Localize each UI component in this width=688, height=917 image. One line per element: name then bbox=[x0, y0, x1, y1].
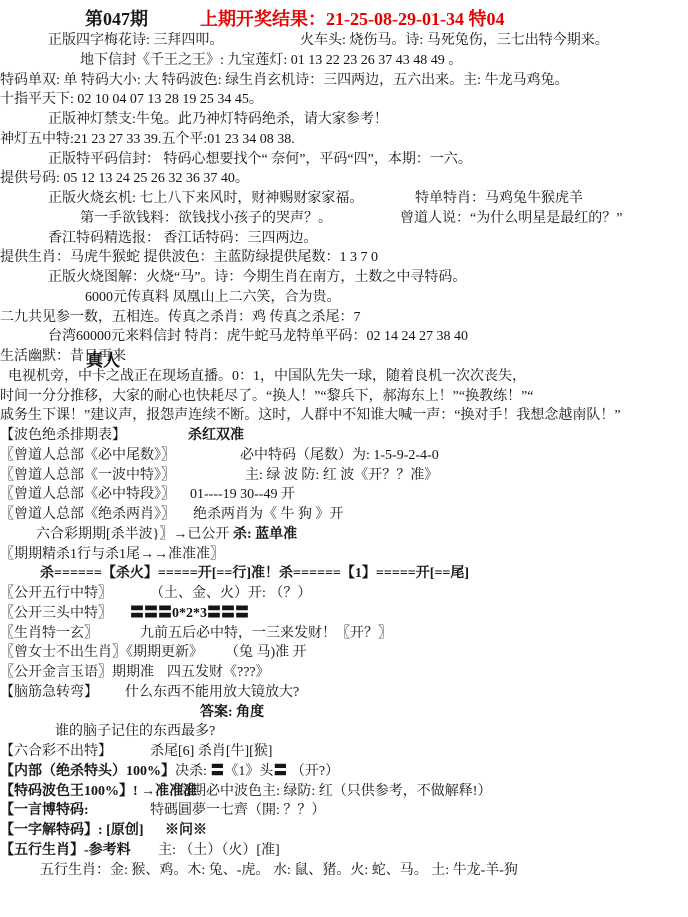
text-segment: 时间一分分推移，大家的耐心也快耗尽了。“换人！”“黎兵下，郝海东上！”“换教练！… bbox=[0, 387, 534, 407]
text-line-2: 正版四字梅花诗: 三拜四叩。火车头: 烧伤马。诗: 马死兔伤，三七出特今期来。 bbox=[0, 31, 688, 51]
text-line-4: 特码单双: 单 特码大小: 大 特码波色: 绿生肖玄机诗：三四两边，五六出来。主… bbox=[0, 71, 688, 91]
text-line-25: 〖曾道人总部《必中特段》〗01----19 30--49 开 bbox=[0, 485, 688, 505]
text-line-22: 【波色绝杀排期表】杀红双准 bbox=[0, 426, 688, 446]
text-segment: 01----19 30--49 开 bbox=[190, 485, 295, 505]
text-segment: 特码单双: 单 特码大小: 大 特码波色: 绿生肖玄机诗：三四两边，五六出来。主… bbox=[0, 71, 569, 91]
text-segment: 〖公开五行中特〗 bbox=[0, 584, 112, 604]
text-segment: 曾道人说：“为什么明星是最红的？” bbox=[400, 209, 622, 229]
text-segment: 特碼圓夢一七齊（開: ？？） bbox=[150, 801, 325, 821]
text-line-14: 正版火烧图解：火烧“马”。诗：今期生肖在南方，土数之中寻特码。 bbox=[0, 268, 688, 288]
text-line-33: 〖曾女士不出生肖〗《期期更新》（兔 马)准 开 bbox=[0, 643, 688, 663]
text-segment: 〖公开三头中特〗 bbox=[0, 604, 112, 624]
text-segment: 〖曾女士不出生肖〗《期期更新》 bbox=[0, 643, 203, 663]
text-segment: 九前五后必中特，一三来发财！〖开？〗 bbox=[140, 624, 392, 644]
text-segment: 〖公开金言玉语〗期期准 bbox=[0, 663, 154, 683]
last-draw-result: 上期开奖结果：21-25-08-29-01-34 特04 bbox=[200, 7, 504, 31]
text-segment: 〖曾道人总部《一波中特》〗 bbox=[0, 466, 175, 486]
text-line-34: 〖公开金言玉语〗期期准四五发财《???》 bbox=[0, 663, 688, 683]
text-segment: 杀尾[6] 杀肖[牛][猴] bbox=[150, 742, 272, 762]
lottery-tip-sheet: 第047期上期开奖结果：21-25-08-29-01-34 特04正版四字梅花诗… bbox=[0, 0, 688, 917]
text-line-29: 杀======【杀火】=====开[==行]准！杀======【1】=====开… bbox=[0, 564, 688, 584]
text-line-21: 戚务生下课！”建议声，报怨声连续不断。这时，人群中不知谁大喊一声：“换对手！我想… bbox=[0, 406, 688, 426]
text-segment: 〖曾道人总部《绝杀两肖》〗 bbox=[0, 505, 175, 525]
text-line-28: 〖期期精杀1行与杀1尾→→准准准〗 bbox=[0, 545, 688, 565]
text-line-7: 神灯五中特:21 23 27 33 39.五个平:01 23 34 08 38. bbox=[0, 130, 688, 150]
overlap-watermark-text: 真人 bbox=[86, 346, 120, 371]
text-segment: 杀红双准 bbox=[188, 426, 244, 446]
text-segment: 正版神灯禁支:牛兔。此乃神灯特码绝杀，请大家参考！ bbox=[48, 110, 388, 130]
text-line-10: 正版火烧玄机: 七上八下来风时，财神赐财家家福。特单特肖：马鸡兔牛猴虎羊 bbox=[0, 189, 688, 209]
text-segment: 答案: 角度 bbox=[200, 703, 264, 723]
text-line-27: 六合彩期期[杀半波}〗→已公开杀: 蓝单准 bbox=[0, 525, 688, 545]
text-line-20: 时间一分分推移，大家的耐心也快耗尽了。“换人！”“黎兵下，郝海东上！”“换教练！… bbox=[0, 387, 688, 407]
text-line-23: 〖曾道人总部《必中尾数》〗必中特码（尾数）为: 1-5-9-2-4-0 bbox=[0, 446, 688, 466]
text-line-26: 〖曾道人总部《绝杀两肖》〗绝杀两肖为《 牛 狗 》开 bbox=[0, 505, 688, 525]
text-segment: 【波色绝杀排期表】 bbox=[0, 426, 126, 446]
issue-number: 第047期 bbox=[85, 7, 148, 31]
text-segment: 【内部（绝杀特头）100%】 bbox=[0, 762, 175, 782]
text-line-32: 〖生肖特一玄〗九前五后必中特，一三来发财！〖开？〗 bbox=[0, 624, 688, 644]
text-line-5: 十指平天下: 02 10 04 07 13 28 19 25 34 45。 bbox=[0, 90, 688, 110]
text-line-44: 五行生肖：金: 猴、鸡。木: 兔、-虎。 水: 鼠、猪。火: 蛇、马。 土: 牛… bbox=[0, 861, 688, 881]
text-line-17: 台湾60000元来料信封 特肖：虎牛蛇马龙特单平码：02 14 24 27 38… bbox=[0, 327, 688, 347]
text-segment: 特单特肖：马鸡兔牛猴虎羊 bbox=[415, 189, 583, 209]
text-segment: 6000元传真料 凤凰山上二六笑，合为贵。 bbox=[85, 288, 341, 308]
text-segment: 谁的脑子记住的东西最多? bbox=[55, 722, 215, 742]
text-segment: 〖生肖特一玄〗 bbox=[0, 624, 98, 644]
text-segment: 决杀: 〓《1》头〓 （开?） bbox=[175, 762, 339, 782]
text-segment: 神灯五中特:21 23 27 33 39.五个平:01 23 34 08 38. bbox=[0, 130, 295, 150]
text-segment: 戚务生下课！”建议声，报怨声连续不断。这时，人群中不知谁大喊一声：“换对手！我想… bbox=[0, 406, 621, 426]
text-segment: 台湾60000元来料信封 特肖：虎牛蛇马龙特单平码：02 14 24 27 38… bbox=[48, 327, 468, 347]
text-segment: 〖曾道人总部《必中尾数》〗 bbox=[0, 446, 175, 466]
text-segment: 正版火烧玄机: 七上八下来风时，财神赐财家家福。 bbox=[48, 189, 363, 209]
text-segment: 提供生肖：马虎牛猴蛇 提供波色：主蓝防绿提供尾数：1 3 7 0 bbox=[0, 248, 378, 268]
text-segment: 杀: 蓝单准 bbox=[233, 525, 297, 545]
text-segment: 每期必中波色主: 绿防: 红（只供参考，不做解释!） bbox=[178, 782, 491, 802]
text-line-16: 二九共见参一数，五相连。传真之杀肖：鸡 传真之杀尾：7 bbox=[0, 308, 688, 328]
text-line-41: 【一言博特码:特碼圓夢一七齊（開: ？？） bbox=[0, 801, 688, 821]
text-segment: 正版火烧图解：火烧“马”。诗：今期生肖在南方，土数之中寻特码。 bbox=[48, 268, 466, 288]
text-line-38: 【六合彩不出特】杀尾[6] 杀肖[牛][猴] bbox=[0, 742, 688, 762]
text-segment: 火车头: 烧伤马。诗: 马死兔伤，三七出特今期来。 bbox=[300, 31, 609, 51]
text-segment: 二九共见参一数，五相连。传真之杀肖：鸡 传真之杀尾：7 bbox=[0, 308, 361, 328]
text-line-1: 第047期上期开奖结果：21-25-08-29-01-34 特04 bbox=[0, 7, 688, 31]
text-line-15: 6000元传真料 凤凰山上二六笑，合为贵。 bbox=[0, 288, 688, 308]
text-segment: 【一言博特码: bbox=[0, 801, 89, 821]
text-segment: 【一字解特码】: [原创] bbox=[0, 821, 144, 841]
text-segment: 四五发财《???》 bbox=[167, 663, 270, 683]
text-line-24: 〖曾道人总部《一波中特》〗主: 绿 波 防: 红 波《开？？准》 bbox=[0, 466, 688, 486]
text-segment: 主: 绿 波 防: 红 波《开？？准》 bbox=[245, 466, 438, 486]
text-segment: 第一手欲钱料：欲钱找小孩子的哭声？。 bbox=[80, 209, 332, 229]
text-segment: 【脑筋急转弯】 bbox=[0, 683, 98, 703]
text-segment: （土、金、火）开: （？） bbox=[150, 584, 311, 604]
text-segment: 杀======【杀火】=====开[==行]准！杀======【1】=====开… bbox=[40, 564, 469, 584]
text-segment: 必中特码（尾数）为: 1-5-9-2-4-0 bbox=[240, 446, 439, 466]
text-line-36: 答案: 角度 bbox=[0, 703, 688, 723]
text-segment: 【五行生肖】-参考料 bbox=[0, 841, 131, 861]
text-segment: 正版特平码信封： 特码心想要找个“ 奈何”，平码“四”，本期：一六。 bbox=[48, 150, 472, 170]
text-segment: 十指平天下: 02 10 04 07 13 28 19 25 34 45。 bbox=[0, 90, 263, 110]
text-line-30: 〖公开五行中特〗（土、金、火）开: （？） bbox=[0, 584, 688, 604]
text-line-13: 提供生肖：马虎牛猴蛇 提供波色：主蓝防绿提供尾数：1 3 7 0 bbox=[0, 248, 688, 268]
text-segment: 〖期期精杀1行与杀1尾→→准准准〗 bbox=[0, 545, 224, 565]
text-segment: 〓〓〓0*2*3〓〓〓 bbox=[130, 604, 249, 624]
text-line-40: 【特码波色王100%】! →准准准每期必中波色主: 绿防: 红（只供参考，不做解… bbox=[0, 782, 688, 802]
text-line-35: 【脑筋急转弯】什么东西不能用放大镜放大? bbox=[0, 683, 688, 703]
text-line-31: 〖公开三头中特〗〓〓〓0*2*3〓〓〓 bbox=[0, 604, 688, 624]
text-segment: 〖曾道人总部《必中特段》〗 bbox=[0, 485, 175, 505]
text-line-3: 地下信封《千王之王》: 九宝莲灯: 01 13 22 23 26 37 43 4… bbox=[0, 51, 688, 71]
text-segment: 【特码波色王100%】! →准准准 bbox=[0, 782, 197, 802]
text-segment: 地下信封《千王之王》: 九宝莲灯: 01 13 22 23 26 37 43 4… bbox=[80, 51, 462, 71]
text-line-43: 【五行生肖】-参考料主: （土）（火）[准] bbox=[0, 841, 688, 861]
text-line-12: 香江特码精选报： 香江话特码：三四两边。 bbox=[0, 229, 688, 249]
text-segment: ※问※ bbox=[165, 821, 207, 841]
text-segment: 主: （土）（火）[准] bbox=[158, 841, 280, 861]
text-segment: 什么东西不能用放大镜放大? bbox=[125, 683, 299, 703]
text-segment: 六合彩期期[杀半波}〗→已公开 bbox=[36, 525, 229, 545]
text-line-9: 提供号码: 05 12 13 24 25 26 32 36 37 40。 bbox=[0, 169, 688, 189]
text-line-11: 第一手欲钱料：欲钱找小孩子的哭声？。曾道人说：“为什么明星是最红的？” bbox=[0, 209, 688, 229]
text-line-42: 【一字解特码】: [原创]※问※ bbox=[0, 821, 688, 841]
text-segment: 提供号码: 05 12 13 24 25 26 32 36 37 40。 bbox=[0, 169, 249, 189]
text-line-39: 【内部（绝杀特头）100%】决杀: 〓《1》头〓 （开?） bbox=[0, 762, 688, 782]
text-segment: 绝杀两肖为《 牛 狗 》开 bbox=[193, 505, 344, 525]
text-line-6: 正版神灯禁支:牛兔。此乃神灯特码绝杀，请大家参考！ bbox=[0, 110, 688, 130]
text-segment: 【六合彩不出特】 bbox=[0, 742, 112, 762]
text-segment: 香江特码精选报： 香江话特码：三四两边。 bbox=[48, 229, 318, 249]
text-segment: （兔 马)准 开 bbox=[225, 643, 307, 663]
text-segment: 五行生肖：金: 猴、鸡。木: 兔、-虎。 水: 鼠、猪。火: 蛇、马。 土: 牛… bbox=[40, 861, 518, 881]
text-line-8: 正版特平码信封： 特码心想要找个“ 奈何”，平码“四”，本期：一六。 bbox=[0, 150, 688, 170]
text-line-37: 谁的脑子记住的东西最多? bbox=[0, 722, 688, 742]
text-segment: 正版四字梅花诗: 三拜四叩。 bbox=[48, 31, 223, 51]
content: 第047期上期开奖结果：21-25-08-29-01-34 特04正版四字梅花诗… bbox=[0, 0, 688, 880]
